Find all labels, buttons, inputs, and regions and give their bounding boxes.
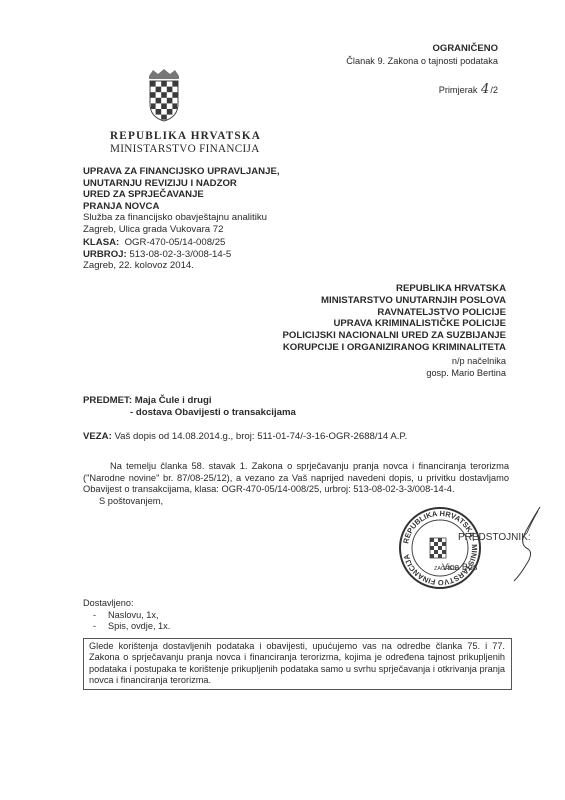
recipient-line: POLICIJSKI NACIONALNI URED ZA SUZBIJANJE — [282, 330, 506, 342]
list-item: -Spis, ovdje, 1x. — [83, 621, 170, 633]
country-name: REPUBLIKA HRVATSKA — [110, 130, 261, 143]
copy-total: /2 — [490, 85, 498, 95]
recipient-line: UPRAVA KRIMINALISTIČKE POLICIJE — [282, 318, 506, 330]
coat-of-arms-icon — [146, 68, 182, 122]
attention-person: gosp. Mario Bertina — [426, 368, 506, 380]
recipient-line: MINISTARSTVO UNUTARNJIH POSLOVA — [282, 295, 506, 307]
klasa-row: KLASA: OGR-470-05/14-008/25 — [83, 237, 231, 249]
body-paragraph: Na temelju članka 58. stavak 1. Zakona o… — [83, 461, 509, 496]
distribution-label: Dostavljeno: — [83, 598, 170, 610]
recipient-line: KORUPCIJE I ORGANIZIRANOG KRIMINALITETA — [282, 342, 506, 354]
urbroj-row: URBROJ: 513-08-02-3-3/008-14-5 — [83, 249, 231, 261]
veza-text: Vaš dopis od 14.08.2014.g., broj: 511-01… — [114, 431, 407, 442]
classification-title: OGRANIČENO — [346, 43, 498, 55]
signatory-name: Vica Bos — [442, 562, 477, 572]
subject-line2: - dostava Obavijesti o transakcijama — [83, 407, 296, 419]
handwritten-copy-number: 4 — [481, 82, 489, 97]
sender-service: Služba za financijsko obavještajnu anali… — [83, 212, 280, 224]
recipient-attention: n/p načelnika gosp. Mario Bertina — [426, 356, 506, 380]
official-stamp-icon: REPUBLIKA HRVATSKA · MINISTARSTVO FINANC… — [398, 506, 482, 590]
klasa-label: KLASA: — [83, 237, 119, 248]
recipient-line: RAVNATELJSTVO POLICIJE — [282, 307, 506, 319]
subject-label: PREDMET: — [83, 395, 132, 406]
sender-line: UPRAVA ZA FINANCIJSKO UPRAVLJANJE, — [83, 166, 280, 178]
ministry-name: MINISTARSTVO FINANCIJA — [110, 143, 261, 156]
confidentiality-notice: Glede korištenja dostavljenih podataka i… — [83, 638, 512, 690]
distribution-list: -Naslovu, 1x, -Spis, ovdje, 1x. — [83, 610, 170, 633]
classification-block: OGRANIČENO Članak 9. Zakona o tajnosti p… — [346, 43, 498, 67]
document-date: Zagreb, 22. kolovoz 2014. — [83, 260, 231, 272]
subject-line1: Maja Čule i drugi — [135, 395, 212, 406]
list-item: -Naslovu, 1x, — [83, 610, 170, 622]
sender-line: URED ZA SPRJEČAVANJE — [83, 189, 280, 201]
copy-number: Primjerak 4/2 — [439, 82, 498, 97]
reference-block: KLASA: OGR-470-05/14-008/25 URBROJ: 513-… — [83, 237, 231, 272]
urbroj-label: URBROJ: — [83, 249, 127, 260]
copy-label: Primjerak — [439, 85, 478, 95]
ministry-heading: REPUBLIKA HRVATSKA MINISTARSTVO FINANCIJ… — [110, 130, 261, 156]
sender-address: Zagreb, Ulica grada Vukovara 72 — [83, 224, 280, 236]
urbroj-value: 513-08-02-3-3/008-14-5 — [129, 249, 231, 260]
recipient-block: REPUBLIKA HRVATSKA MINISTARSTVO UNUTARNJ… — [282, 283, 506, 354]
classification-law-reference: Članak 9. Zakona o tajnosti podataka — [346, 55, 498, 67]
distribution-block: Dostavljeno: -Naslovu, 1x, -Spis, ovdje,… — [83, 598, 170, 633]
sender-line: PRANJA NOVCA — [83, 201, 280, 213]
veza-label: VEZA: — [83, 431, 112, 442]
handwritten-signature-icon — [510, 505, 550, 585]
attention-label: n/p načelnika — [426, 356, 506, 368]
recipient-line: REPUBLIKA HRVATSKA — [282, 283, 506, 295]
sender-line: UNUTARNJU REVIZIJU I NADZOR — [83, 178, 280, 190]
subject-block: PREDMET: Maja Čule i drugi - dostava Oba… — [83, 395, 296, 418]
letter-body: Na temelju članka 58. stavak 1. Zakona o… — [83, 461, 509, 507]
klasa-value: OGR-470-05/14-008/25 — [125, 237, 226, 248]
veza-block: VEZA: Vaš dopis od 14.08.2014.g., broj: … — [83, 431, 407, 442]
sender-block: UPRAVA ZA FINANCIJSKO UPRAVLJANJE, UNUTA… — [83, 166, 280, 236]
